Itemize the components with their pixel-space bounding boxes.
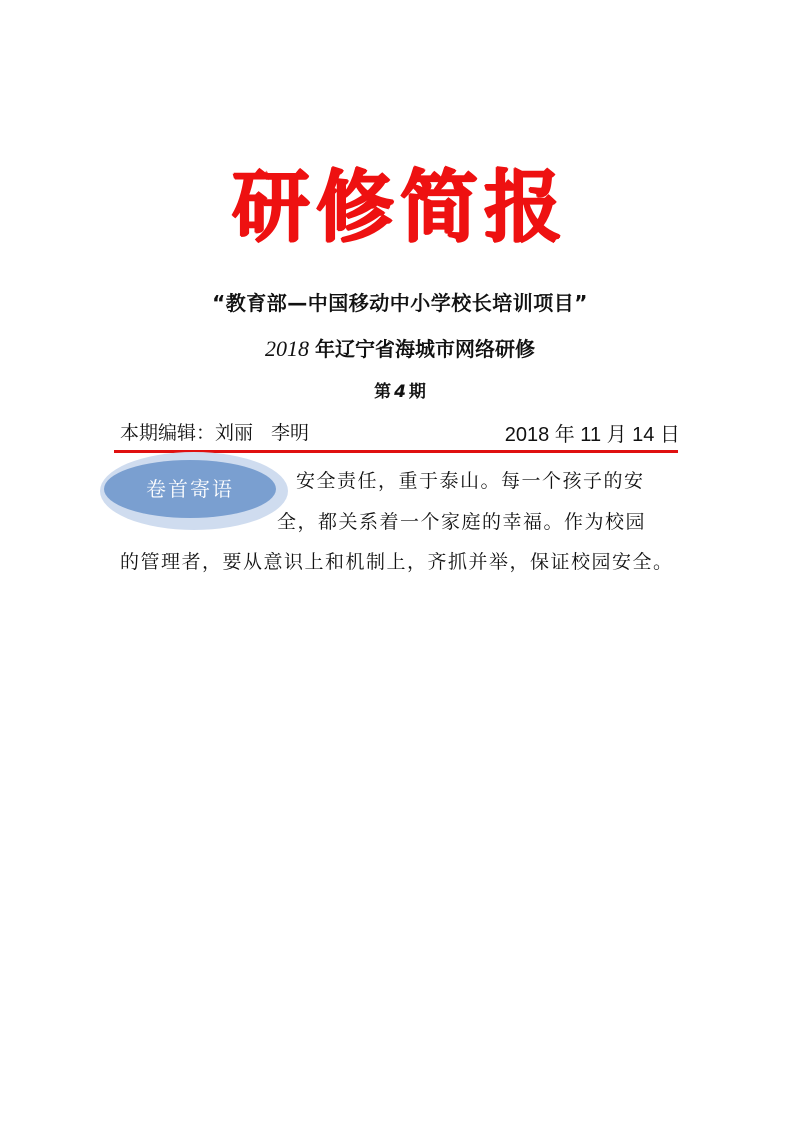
issue-suffix: 期 <box>409 382 426 402</box>
program-year: 2018 <box>265 336 309 361</box>
foreword-badge: 卷首寄语 <box>104 460 276 518</box>
editors: 本期编辑：刘丽李明 <box>120 418 309 445</box>
issue-value: 4 <box>394 382 406 402</box>
issue-number: 第4期 <box>0 377 800 402</box>
program-subtitle: 2018年辽宁省海城市网络研修 <box>0 333 800 362</box>
newsletter-masthead: 研修简报 <box>0 158 800 258</box>
editor-name: 李明 <box>271 422 309 444</box>
foreword-line: 安全责任，重于泰山。每一个孩子的安 <box>296 466 645 493</box>
issue-prefix: 第 <box>374 382 391 402</box>
foreword-line: 全，都关系着一个家庭的幸福。作为校园 <box>277 507 646 534</box>
project-subtitle: “教育部—中国移动中小学校长培训项目” <box>0 287 800 316</box>
issue-date: 2018 年 11 月 14 日 <box>505 418 680 447</box>
editor-name: 刘丽 <box>215 422 253 444</box>
program-name: 年辽宁省海城市网络研修 <box>315 337 535 361</box>
editor-row: 本期编辑：刘丽李明 2018 年 11 月 14 日 <box>120 418 680 448</box>
editor-label: 本期编辑： <box>120 422 215 444</box>
foreword-line: 的管理者，要从意识上和机制上，齐抓并举，保证校园安全。 <box>120 547 674 574</box>
